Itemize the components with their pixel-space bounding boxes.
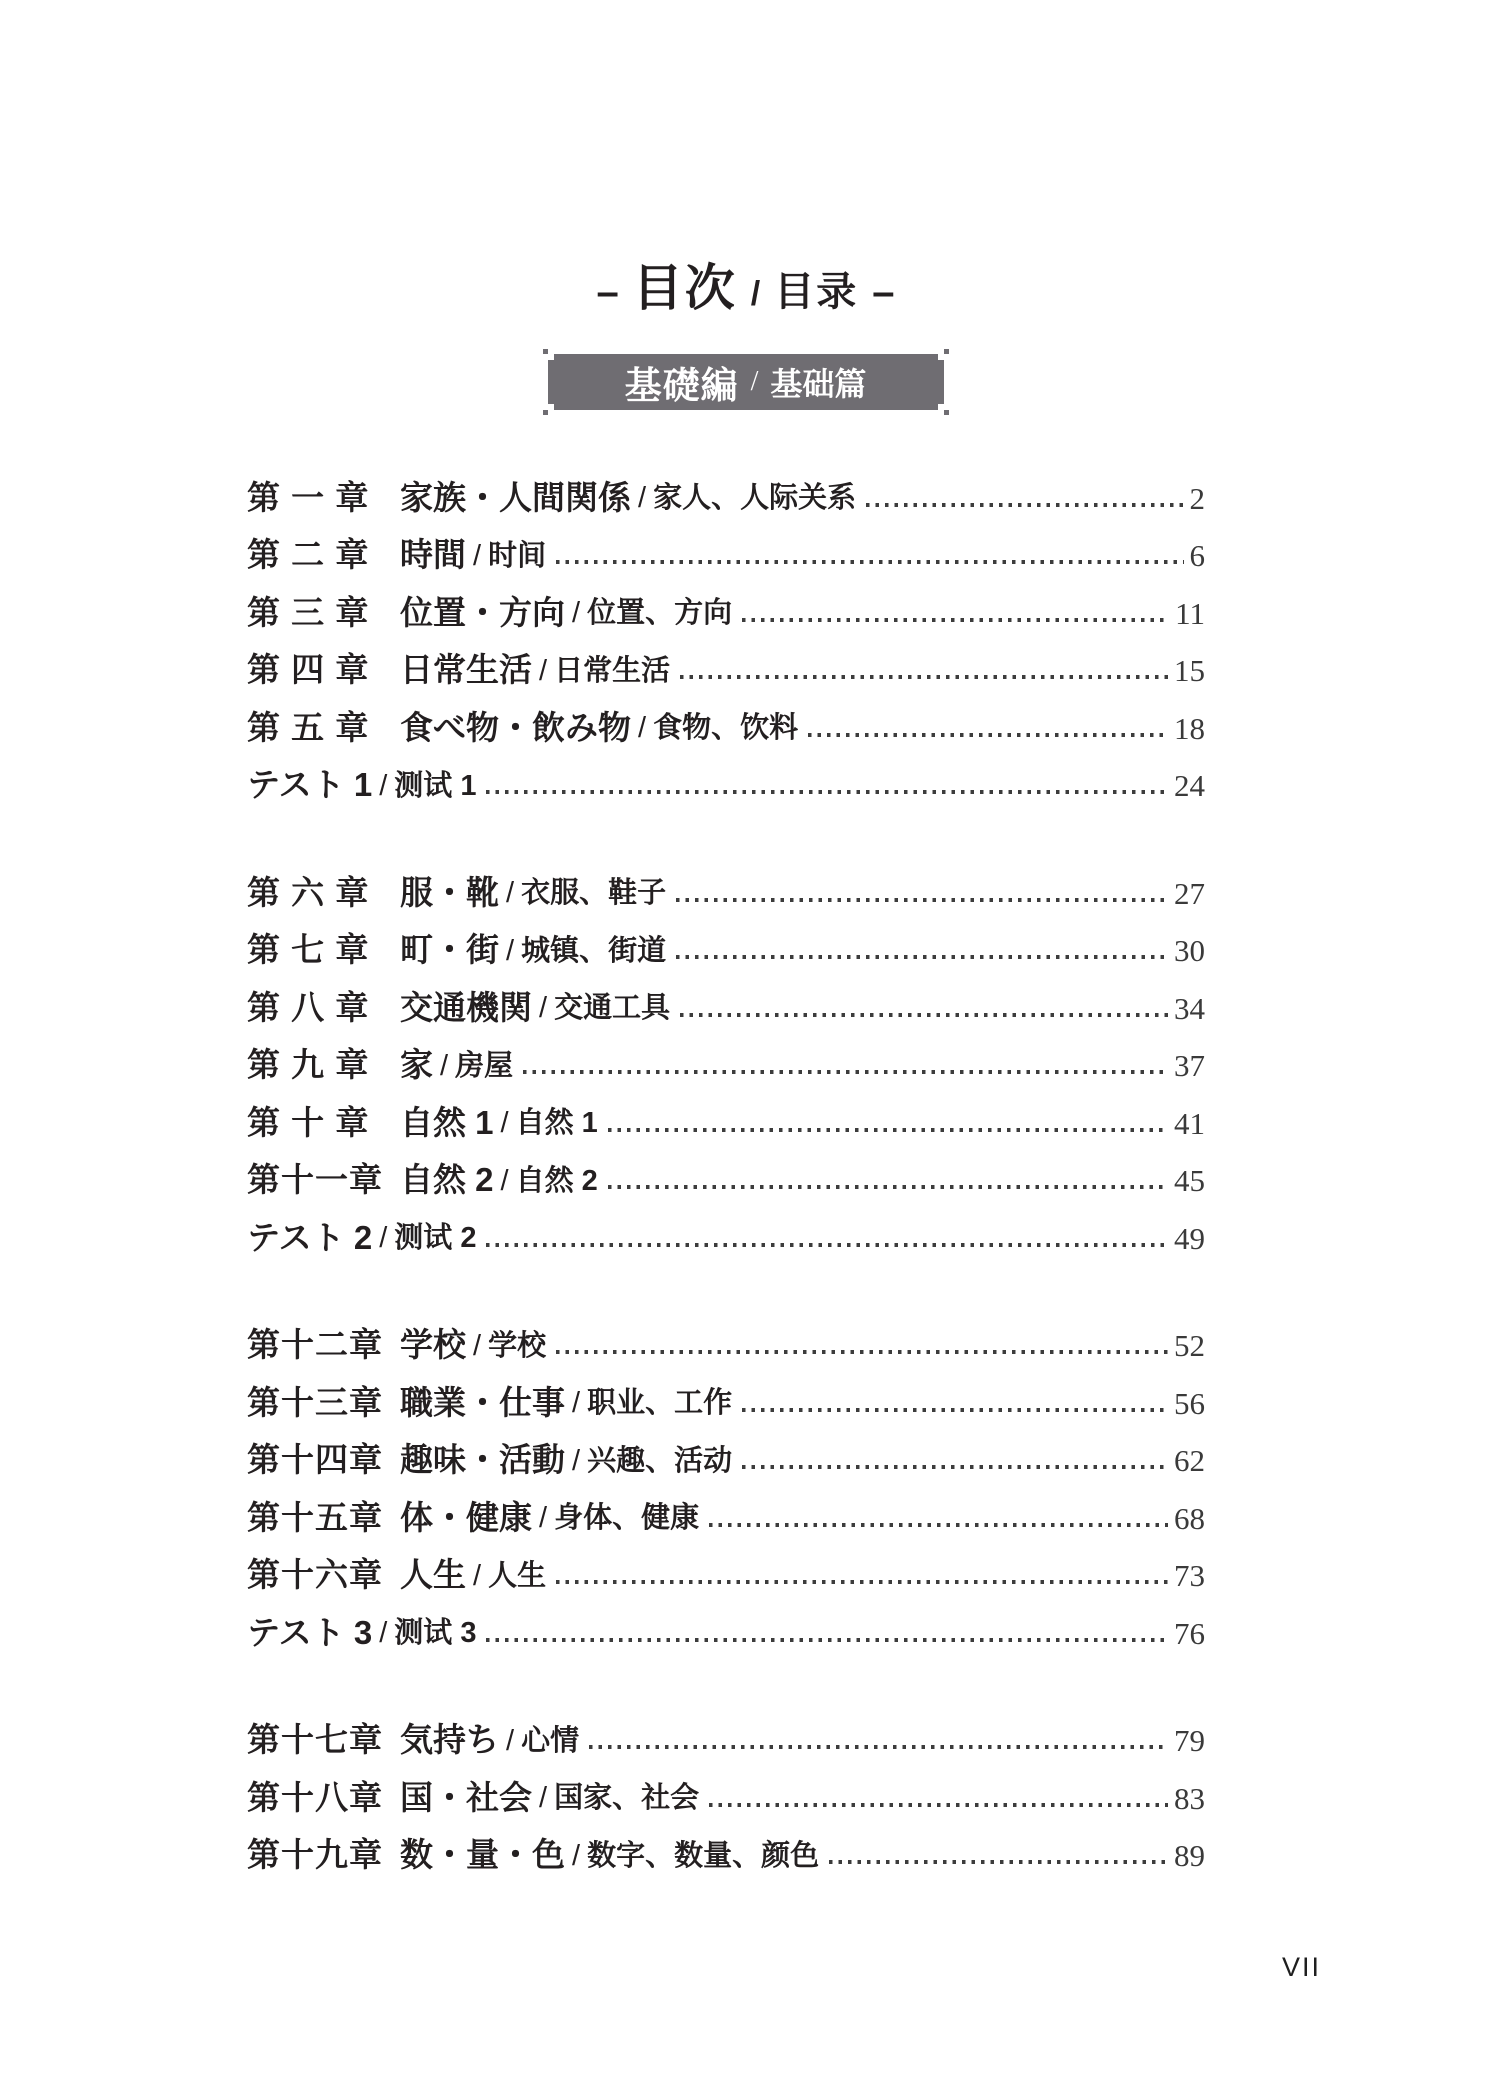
- entry-page-number: 37: [1174, 1050, 1205, 1081]
- entry-title-chinese: 测试 1: [394, 771, 476, 801]
- entry-page-number: 2: [1190, 483, 1206, 514]
- chapter-label: 第 一 章: [247, 481, 400, 514]
- entry-title-chinese: 测试 3: [394, 1618, 476, 1648]
- entry-page-number: 15: [1174, 655, 1205, 686]
- entry-slash: /: [379, 771, 387, 801]
- toc-entry: テスト 3 / 测试 3 76: [247, 1591, 1205, 1649]
- toc-page: – 目次 / 目录 – 基礎編 / 基础篇 第 一 章 家族・人間関係 / 家人…: [0, 248, 1491, 1871]
- chapter-label: 第 十 章: [247, 1106, 400, 1139]
- entry-slash: /: [539, 993, 547, 1023]
- entry-slash: /: [473, 1561, 481, 1591]
- entry-title-japanese: 交通機関: [400, 991, 532, 1024]
- entry-title-chinese: 衣服、鞋子: [521, 878, 666, 908]
- dot-leader: [709, 1803, 1168, 1807]
- entry-title-japanese: 気持ち: [400, 1723, 499, 1756]
- entry-title-japanese: 自然 2: [400, 1163, 494, 1196]
- chapter-label: 第 四 章: [247, 653, 400, 686]
- toc-list: 第 一 章 家族・人間関係 / 家人、人际关系 2 第 二 章 時間 / 时间 …: [247, 456, 1205, 1871]
- badge-japanese: 基礎編: [625, 355, 739, 409]
- entry-slash: /: [473, 1331, 481, 1361]
- chapter-label: 第十九章: [247, 1838, 400, 1871]
- entry-title-chinese: 心情: [521, 1726, 579, 1756]
- dot-leader: [709, 1523, 1168, 1527]
- entry-slash: /: [506, 1726, 514, 1756]
- dot-leader: [608, 1185, 1168, 1189]
- dot-leader: [742, 1465, 1168, 1469]
- dot-leader: [680, 675, 1168, 679]
- dot-leader: [523, 1070, 1168, 1074]
- entry-title-chinese: 日常生活: [554, 656, 670, 686]
- entry-page-number: 68: [1174, 1503, 1205, 1534]
- entry-page-number: 56: [1174, 1388, 1205, 1419]
- section-badge: 基礎編 / 基础篇: [548, 354, 944, 410]
- toc-entry: 第十六章 人生 / 人生 73: [247, 1534, 1205, 1592]
- toc-entry: 第十九章 数・量・色 / 数字、数量、颜色 89: [247, 1814, 1205, 1872]
- dot-leader: [866, 503, 1183, 507]
- entry-page-number: 30: [1174, 935, 1205, 966]
- chapter-label: 第 八 章: [247, 991, 400, 1024]
- entry-slash: /: [440, 1051, 448, 1081]
- entry-slash: /: [379, 1618, 387, 1648]
- title-chinese: 目录: [774, 260, 858, 317]
- title-slash: /: [751, 275, 760, 314]
- entry-page-number: 73: [1174, 1560, 1205, 1591]
- dot-leader: [676, 955, 1168, 959]
- dot-leader: [556, 1350, 1168, 1354]
- entry-title-japanese: 家族・人間関係: [400, 481, 631, 514]
- entry-title-chinese: 测试 2: [394, 1223, 476, 1253]
- entry-title-chinese: 食物、饮料: [653, 713, 798, 743]
- dot-leader: [589, 1745, 1168, 1749]
- entry-title-chinese: 国家、社会: [554, 1783, 699, 1813]
- entry-title-japanese: 服・靴: [400, 876, 499, 909]
- toc-entry: 第 五 章 食べ物・飲み物 / 食物、饮料 18: [247, 686, 1205, 744]
- entry-page-number: 62: [1174, 1445, 1205, 1476]
- entry-slash: /: [572, 1388, 580, 1418]
- toc-entry: 第十四章 趣味・活動 / 兴趣、活动 62: [247, 1419, 1205, 1477]
- entry-page-number: 24: [1174, 770, 1205, 801]
- entry-title-chinese: 位置、方向: [587, 598, 732, 628]
- chapter-label: 第 五 章: [247, 711, 400, 744]
- entry-title-chinese: 家人、人际关系: [653, 483, 856, 513]
- entry-title-japanese: 自然 1: [400, 1106, 494, 1139]
- entry-title-chinese: 自然 2: [516, 1166, 598, 1196]
- entry-title-japanese: 位置・方向: [400, 596, 565, 629]
- entry-title-chinese: 人生: [488, 1561, 546, 1591]
- dot-leader: [608, 1128, 1168, 1132]
- page-title: – 目次 / 目录 –: [0, 248, 1491, 320]
- entry-slash: /: [638, 483, 646, 513]
- entry-slash: /: [506, 936, 514, 966]
- entry-title-japanese: 学校: [400, 1328, 466, 1361]
- chapter-label: 第十一章: [247, 1163, 400, 1196]
- chapter-label: 第十八章: [247, 1781, 400, 1814]
- chapter-label: 第十四章: [247, 1443, 400, 1476]
- entry-page-number: 41: [1174, 1108, 1205, 1139]
- chapter-label: 第 六 章: [247, 876, 400, 909]
- entry-slash: /: [506, 878, 514, 908]
- entry-title-chinese: 学校: [488, 1331, 546, 1361]
- toc-entry: 第十二章 学校 / 学校 52: [247, 1304, 1205, 1362]
- entry-slash: /: [572, 1841, 580, 1871]
- title-japanese: 目次: [633, 248, 737, 320]
- toc-entry: テスト 2 / 测试 2 49: [247, 1196, 1205, 1254]
- toc-group: 第 一 章 家族・人間関係 / 家人、人际关系 2 第 二 章 時間 / 时间 …: [247, 456, 1205, 801]
- entry-title-japanese: 体・健康: [400, 1501, 532, 1534]
- toc-entry: 第十五章 体・健康 / 身体、健康 68: [247, 1476, 1205, 1534]
- chapter-label: 第十七章: [247, 1723, 400, 1756]
- entry-slash: /: [501, 1166, 509, 1196]
- dot-leader: [680, 1013, 1168, 1017]
- toc-entry: 第十八章 国・社会 / 国家、社会 83: [247, 1756, 1205, 1814]
- toc-entry: 第 三 章 位置・方向 / 位置、方向 11: [247, 571, 1205, 629]
- chapter-label: 第十五章: [247, 1501, 400, 1534]
- toc-entry: 第 二 章 時間 / 时间 6: [247, 514, 1205, 572]
- entry-title-chinese: 城镇、街道: [521, 936, 666, 966]
- entry-title-japanese: 時間: [400, 538, 466, 571]
- entry-page-number: 83: [1174, 1783, 1205, 1814]
- entry-title-chinese: 身体、健康: [554, 1503, 699, 1533]
- entry-slash: /: [539, 1783, 547, 1813]
- badge-slash: /: [751, 366, 759, 398]
- toc-entry: テスト 1 / 测试 1 24: [247, 744, 1205, 802]
- entry-page-number: 89: [1174, 1840, 1205, 1871]
- entry-page-number: 18: [1174, 713, 1205, 744]
- toc-entry: 第 一 章 家族・人間関係 / 家人、人际关系 2: [247, 456, 1205, 514]
- toc-entry: 第 七 章 町・街 / 城镇、街道 30: [247, 909, 1205, 967]
- dot-leader: [808, 733, 1168, 737]
- dot-leader: [486, 790, 1168, 794]
- entry-slash: /: [501, 1108, 509, 1138]
- toc-entry: 第十一章 自然 2 / 自然 2 45: [247, 1139, 1205, 1197]
- toc-entry: 第十三章 職業・仕事 / 职业、工作 56: [247, 1361, 1205, 1419]
- toc-entry: 第 十 章 自然 1 / 自然 1 41: [247, 1081, 1205, 1139]
- toc-group: 第十七章 気持ち / 心情 79 第十八章 国・社会 / 国家、社会 83 第十…: [247, 1699, 1205, 1872]
- chapter-label: 第十三章: [247, 1386, 400, 1419]
- chapter-label: 第 二 章: [247, 538, 400, 571]
- entry-page-number: 34: [1174, 993, 1205, 1024]
- entry-page-number: 79: [1174, 1725, 1205, 1756]
- entry-title-japanese: 国・社会: [400, 1781, 532, 1814]
- dot-leader: [742, 618, 1169, 622]
- chapter-label: 第 九 章: [247, 1048, 400, 1081]
- entry-title-chinese: 数字、数量、颜色: [587, 1841, 819, 1871]
- entry-title-chinese: 交通工具: [554, 993, 670, 1023]
- dot-leader: [676, 898, 1168, 902]
- toc-entry: 第十七章 気持ち / 心情 79: [247, 1699, 1205, 1757]
- entry-title-japanese: テスト 3: [247, 1616, 372, 1649]
- dot-leader: [486, 1638, 1168, 1642]
- chapter-label: 第十二章: [247, 1328, 400, 1361]
- entry-page-number: 76: [1174, 1618, 1205, 1649]
- entry-title-chinese: 时间: [488, 541, 546, 571]
- entry-title-chinese: 房屋: [455, 1051, 513, 1081]
- entry-title-japanese: 職業・仕事: [400, 1386, 565, 1419]
- chapter-label: 第十六章: [247, 1558, 400, 1591]
- entry-title-japanese: 家: [400, 1048, 433, 1081]
- dot-leader: [556, 1580, 1168, 1584]
- toc-entry: 第 六 章 服・靴 / 衣服、鞋子 27: [247, 851, 1205, 909]
- entry-title-chinese: 职业、工作: [587, 1388, 732, 1418]
- dot-leader: [742, 1408, 1168, 1412]
- entry-title-japanese: 食べ物・飲み物: [400, 711, 631, 744]
- entry-title-japanese: 日常生活: [400, 653, 532, 686]
- entry-title-japanese: 人生: [400, 1558, 466, 1591]
- entry-title-japanese: 数・量・色: [400, 1838, 565, 1871]
- entry-page-number: 45: [1174, 1165, 1205, 1196]
- entry-title-japanese: 趣味・活動: [400, 1443, 565, 1476]
- entry-page-number: 49: [1174, 1223, 1205, 1254]
- dot-leader: [556, 560, 1183, 564]
- toc-group: 第十二章 学校 / 学校 52 第十三章 職業・仕事 / 职业、工作 56 第十…: [247, 1304, 1205, 1649]
- toc-entry: 第 八 章 交通機関 / 交通工具 34: [247, 966, 1205, 1024]
- chapter-label: 第 七 章: [247, 933, 400, 966]
- entry-slash: /: [539, 656, 547, 686]
- entry-page-number: 11: [1175, 598, 1205, 629]
- toc-entry: 第 九 章 家 / 房屋 37: [247, 1024, 1205, 1082]
- entry-slash: /: [638, 713, 646, 743]
- entry-slash: /: [572, 598, 580, 628]
- dot-leader: [829, 1860, 1168, 1864]
- entry-slash: /: [572, 1446, 580, 1476]
- title-dash-right: –: [872, 270, 894, 315]
- entry-slash: /: [539, 1503, 547, 1533]
- dot-leader: [486, 1243, 1168, 1247]
- page-number: VII: [1282, 1952, 1321, 1983]
- entry-page-number: 6: [1190, 540, 1206, 571]
- title-dash-left: –: [597, 270, 619, 315]
- entry-slash: /: [473, 541, 481, 571]
- entry-title-japanese: 町・街: [400, 933, 499, 966]
- entry-title-japanese: テスト 2: [247, 1221, 372, 1254]
- toc-group: 第 六 章 服・靴 / 衣服、鞋子 27 第 七 章 町・街 / 城镇、街道 3…: [247, 851, 1205, 1254]
- entry-title-chinese: 兴趣、活动: [587, 1446, 732, 1476]
- entry-title-chinese: 自然 1: [516, 1108, 598, 1138]
- toc-entry: 第 四 章 日常生活 / 日常生活 15: [247, 629, 1205, 687]
- entry-page-number: 52: [1174, 1330, 1205, 1361]
- entry-slash: /: [379, 1223, 387, 1253]
- entry-title-japanese: テスト 1: [247, 768, 372, 801]
- entry-page-number: 27: [1174, 878, 1205, 909]
- badge-chinese: 基础篇: [770, 359, 866, 405]
- chapter-label: 第 三 章: [247, 596, 400, 629]
